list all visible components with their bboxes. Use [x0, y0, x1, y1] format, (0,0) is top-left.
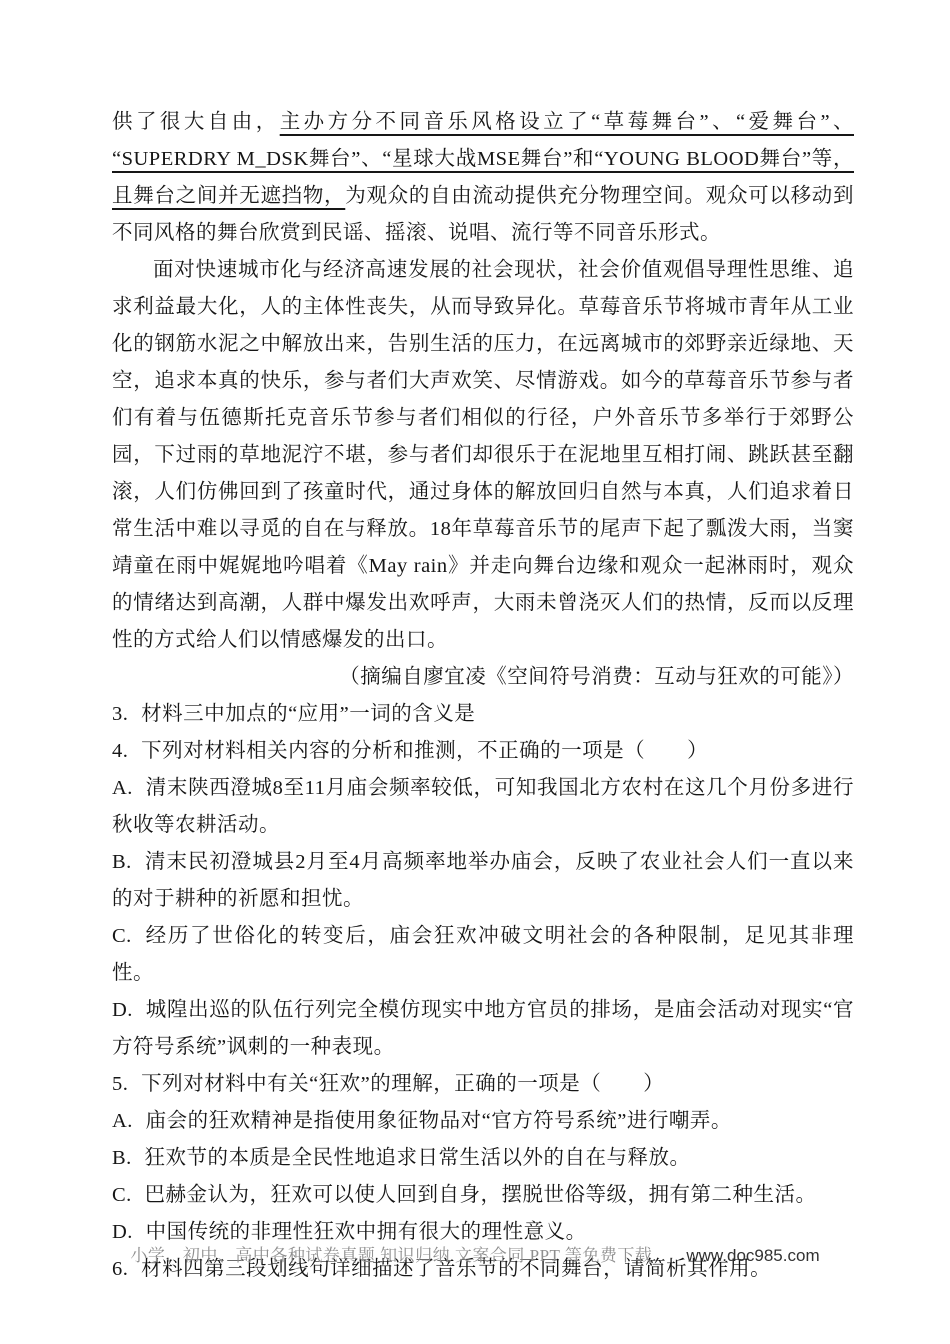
question-4-option-c-label: C.: [112, 925, 145, 947]
question-4-option-a-label: A.: [112, 777, 146, 799]
question-4-text: 下列对材料相关内容的分析和推测，不正确的一项是（ ）: [141, 740, 708, 762]
question-5-option-a-text: 庙会的狂欢精神是指使用象征物品对“官方符号系统”进行嘲弄。: [146, 1110, 732, 1132]
question-4-option-d-text: 城隍出巡的队伍行列完全模仿现实中地方官员的排场，是庙会活动对现实“官方符号系统”…: [112, 999, 854, 1058]
question-4-option-c-text: 经历了世俗化的转变后，庙会狂欢冲破文明社会的各种限制，足见其非理性。: [112, 925, 854, 984]
question-5-option-c-label: C.: [112, 1184, 145, 1206]
question-5: 5.下列对材料中有关“狂欢”的理解，正确的一项是（ ）: [112, 1066, 854, 1103]
question-5-option-d-text: 中国传统的非理性狂欢中拥有很大的理性意义。: [146, 1221, 587, 1243]
footer-promo-text: 小学、初中、高中各种试卷真题 知识归纳 文案合同 PPT 等免费下载: [130, 1246, 652, 1265]
question-4: 4.下列对材料相关内容的分析和推测，不正确的一项是（ ）: [112, 733, 854, 770]
paragraph-carnival-text: 面对快速城市化与经济高速发展的社会现状，社会价值观倡导理性思维、追求利益最大化，…: [112, 259, 854, 651]
attribution-text: （摘编自廖宜凌《空间符号消费：互动与狂欢的可能》）: [339, 666, 854, 688]
question-5-option-a: A.庙会的狂欢精神是指使用象征物品对“官方符号系统”进行嘲弄。: [112, 1103, 854, 1140]
page-footer: 小学、初中、高中各种试卷真题 知识归纳 文案合同 PPT 等免费下载www.do…: [0, 1241, 950, 1266]
paragraph-stages-lead-text: 供了很大自由，: [112, 111, 280, 133]
question-4-option-b: B.清末民初澄城县2月至4月高频率地举办庙会，反映了农业社会人们一直以来的对于耕…: [112, 844, 854, 918]
paragraph-carnival: 面对快速城市化与经济高速发展的社会现状，社会价值观倡导理性思维、追求利益最大化，…: [112, 252, 854, 659]
question-4-option-c: C.经历了世俗化的转变后，庙会狂欢冲破文明社会的各种限制，足见其非理性。: [112, 918, 854, 992]
question-5-option-b-text: 狂欢节的本质是全民性地追求日常生活以外的自在与释放。: [145, 1147, 691, 1169]
document-body: 供了很大自由，主办方分不同音乐风格设立了“草莓舞台”、“爱舞台”、“SUPERD…: [112, 104, 854, 1288]
question-4-option-b-label: B.: [112, 851, 145, 873]
question-3-number: 3.: [112, 703, 141, 725]
question-3: 3.材料三中加点的“应用”一词的含义是: [112, 696, 854, 733]
question-5-option-a-label: A.: [112, 1110, 146, 1132]
question-5-text: 下列对材料中有关“狂欢”的理解，正确的一项是（ ）: [141, 1073, 664, 1095]
question-5-option-b-label: B.: [112, 1147, 145, 1169]
question-3-text: 材料三中加点的“应用”一词的含义是: [141, 703, 475, 725]
question-5-option-c-text: 巴赫金认为，狂欢可以使人回到自身，摆脱世俗等级，拥有第二种生活。: [145, 1184, 817, 1206]
question-5-number: 5.: [112, 1073, 141, 1095]
question-5-option-d-label: D.: [112, 1221, 146, 1243]
attribution-line: （摘编自廖宜凌《空间符号消费：互动与狂欢的可能》）: [112, 659, 854, 696]
footer-site-url: www.doc985.com: [686, 1246, 819, 1265]
paragraph-stages: 供了很大自由，主办方分不同音乐风格设立了“草莓舞台”、“爱舞台”、“SUPERD…: [112, 104, 854, 252]
document-page: { "colors": { "page_background": "#fffff…: [0, 0, 950, 1344]
question-4-option-d-label: D.: [112, 999, 146, 1021]
question-4-number: 4.: [112, 740, 141, 762]
question-4-option-a-text: 清末陕西澄城8至11月庙会频率较低，可知我国北方农村在这几个月份多进行秋收等农耕…: [112, 777, 854, 836]
question-4-option-b-text: 清末民初澄城县2月至4月高频率地举办庙会，反映了农业社会人们一直以来的对于耕种的…: [112, 851, 854, 910]
question-5-option-b: B.狂欢节的本质是全民性地追求日常生活以外的自在与释放。: [112, 1140, 854, 1177]
question-4-option-a: A.清末陕西澄城8至11月庙会频率较低，可知我国北方农村在这几个月份多进行秋收等…: [112, 770, 854, 844]
question-4-option-d: D.城隍出巡的队伍行列完全模仿现实中地方官员的排场，是庙会活动对现实“官方符号系…: [112, 992, 854, 1066]
question-5-option-c: C.巴赫金认为，狂欢可以使人回到自身，摆脱世俗等级，拥有第二种生活。: [112, 1177, 854, 1214]
